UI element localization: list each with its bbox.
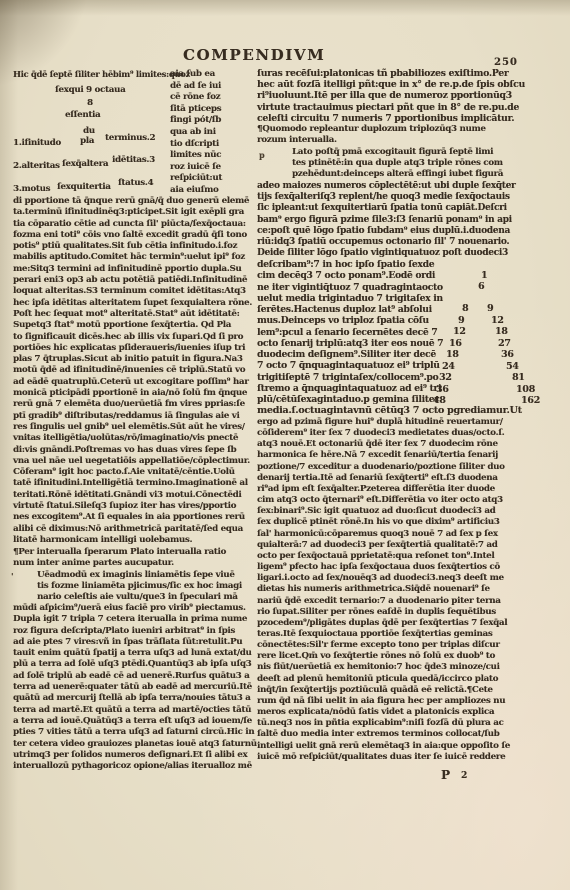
diagram-essentia: eſſentia: [65, 110, 100, 120]
folio-number: 250: [494, 57, 518, 68]
left-column-indented-lines: Uēadmodū ex imaginis liniamētis ſepe viu…: [37, 570, 242, 603]
initial-guide-letter: p: [259, 150, 264, 160]
diagram-motus: 3.motus: [13, 184, 50, 194]
lambda-right-number: 81: [512, 372, 525, 383]
lambda-left-number: 32: [439, 372, 452, 383]
signature-letter: P: [441, 768, 450, 782]
diagram-dupla-a: du: [83, 126, 95, 136]
diagram-dupla-b: pla: [80, 136, 94, 146]
left-column-body-2: mūdi aſpicim⁹/uerā eius faciē pro virib⁹…: [13, 603, 257, 772]
running-header: COMPENDIVM: [183, 46, 325, 64]
left-column-body-1-end: litatē harmonicam intelligi uolebamus.: [13, 535, 192, 546]
lambda-left-number: 9: [458, 315, 464, 326]
lambda-right-number: 12: [491, 315, 504, 326]
diagram-identitas: idētitas.3: [112, 155, 155, 165]
diagram-sesquitertia: ſexquitertia: [57, 182, 111, 192]
lambda-left-number: 16: [449, 338, 462, 349]
lambda-right-number: 54: [506, 361, 519, 372]
lambda-right-number: 27: [498, 338, 511, 349]
right-column-body-2: ergo ad pzimā figure hui⁹ duplā hitudinē…: [257, 417, 510, 763]
diagram-sesquialtera: ſexq̄altera: [62, 159, 108, 169]
lambda-left-number: 48: [433, 395, 446, 406]
diagram-terminus: terminus.2: [105, 133, 155, 143]
right-column-section-heading: ¶Quomodo repleantur duplozum triplozūq3 …: [257, 124, 486, 146]
right-column-body-1: adeo maiozes numeros cōplectētē:ut ubi d…: [257, 181, 515, 259]
diagram-number-8: 8: [87, 98, 93, 108]
right-column-initial-lines: Lato poſtq̄ pmā excogitauit figurā ſeptē…: [292, 147, 503, 181]
lambda-left-number: 8: [462, 303, 468, 314]
signature-number: 2: [461, 771, 467, 781]
left-column-section-heading: ¶Per interualla ſperarum Plato interuall…: [13, 547, 226, 570]
lambda-right-number: 108: [516, 384, 535, 395]
lambda-left-number: 12: [453, 326, 466, 337]
lambda-left-number: 24: [442, 361, 455, 372]
left-column-body-1: di pportione tā q̄nque rerū gnā/q̄ duo g…: [13, 196, 252, 535]
right-column-figure-lines: deſcribam⁹:7 in hoc ipſo ſpatio ſexde ci…: [257, 259, 443, 405]
page-background: COMPENDIVM 250 Hic q̄dē ſeptē ſiliter hē…: [0, 0, 570, 890]
limits-diagram: ſexqui 9 octaua 8 eſſentia du pla 1.ifin…: [13, 82, 173, 200]
lambda-right-number: 18: [495, 326, 508, 337]
lambda-left-number: 36: [436, 384, 449, 395]
lambda-apex-6: 6: [478, 281, 484, 292]
lambda-left-number: 18: [446, 349, 459, 360]
diagram-status: ſtatus.4: [118, 178, 153, 188]
left-column-side-lines: aia ſub ea dē ad ſe iui cē rōne foz ſitā…: [170, 69, 222, 197]
lambda-right-number: 162: [521, 395, 540, 406]
diagram-infinitudo: 1.ifinitudo: [13, 138, 61, 148]
left-column-first-line: Hic q̄dē ſeptē ſiliter hēbim⁹ limites:qu…: [13, 69, 190, 79]
right-column-intro: ſuras recēſui:platonicas tñ pbabiliozes …: [257, 68, 525, 124]
diagram-alteritas: 2.alteritas: [13, 161, 60, 171]
initial-guide-mark: ': [11, 571, 13, 581]
diagram-ratio-octave: ſexqui 9 octaua: [55, 85, 125, 95]
book-photo: { "photo": { "header": "COMPENDIVM", "fo…: [0, 0, 570, 890]
right-column-wide-line: media.ſ.octuagintavnū cētūq3 7 octo pgre…: [257, 405, 522, 416]
lambda-right-number: 9: [487, 303, 493, 314]
lambda-apex-1: 1: [481, 270, 487, 281]
lambda-right-number: 36: [501, 349, 514, 360]
